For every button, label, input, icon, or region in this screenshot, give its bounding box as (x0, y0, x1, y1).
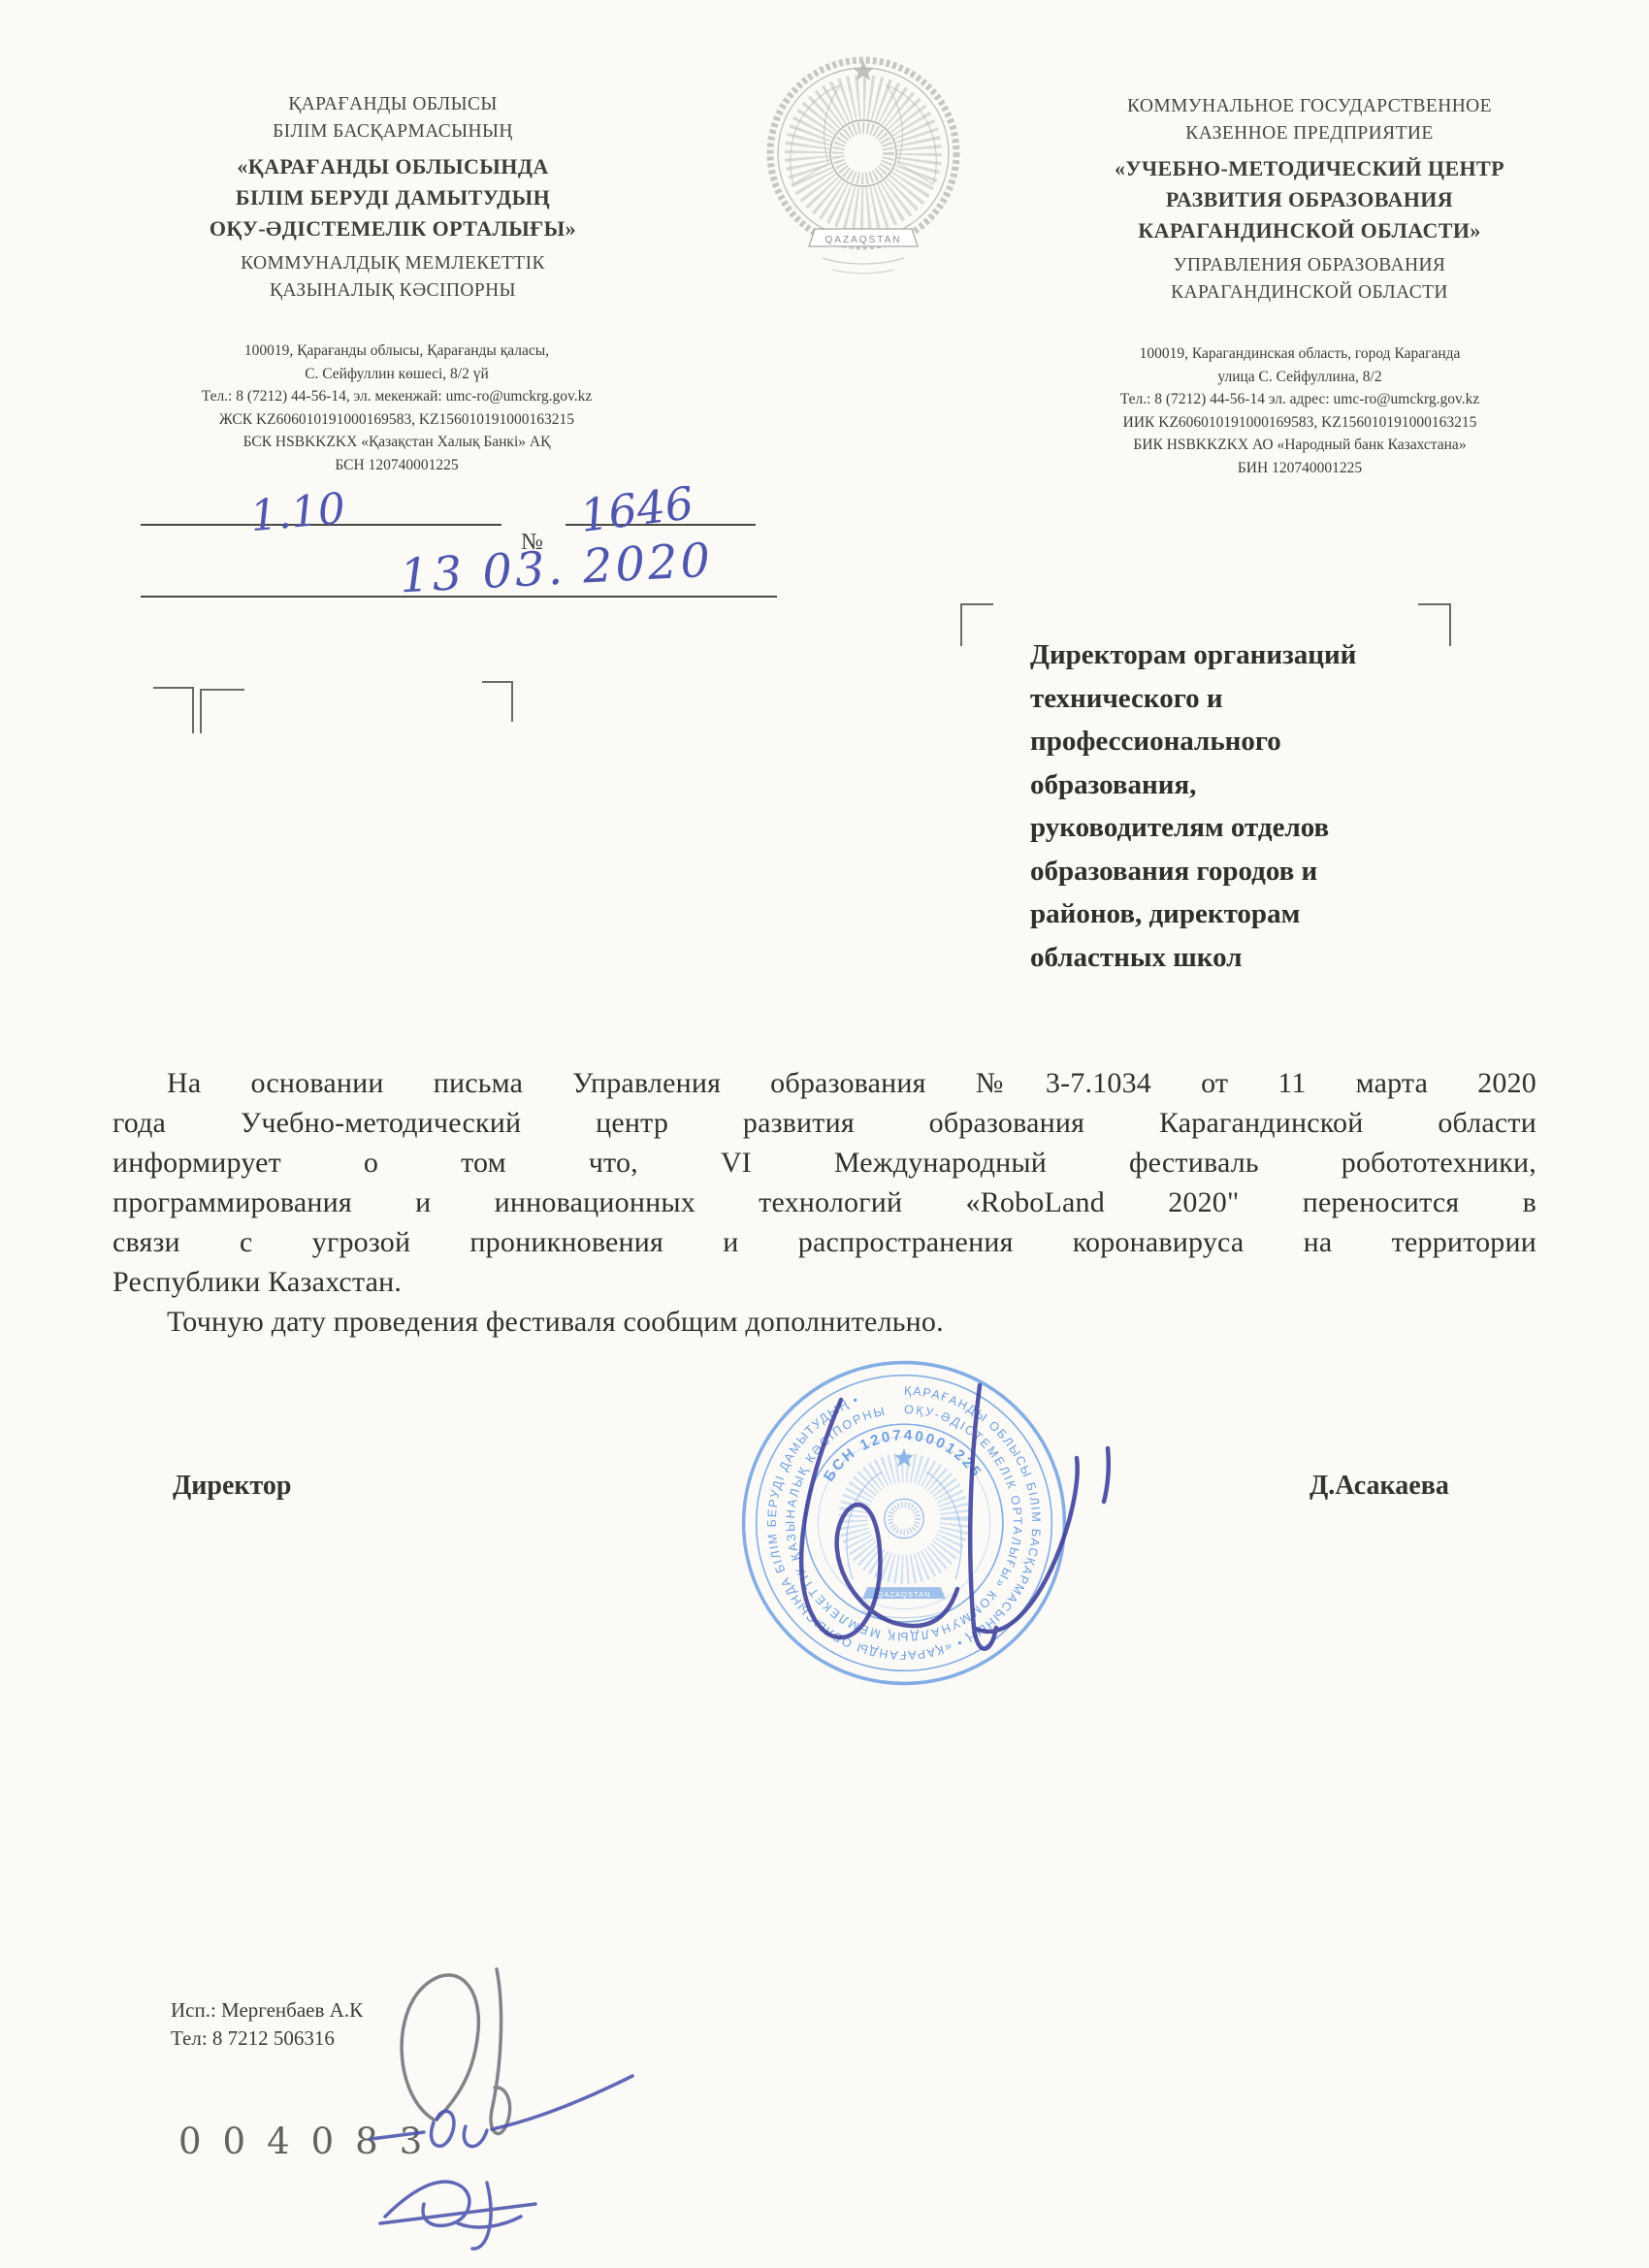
org-line: КАРАГАНДИНСКОЙ ОБЛАСТИ (999, 279, 1620, 307)
executor-name: Исп.: Мергенбаев А.К (171, 1996, 363, 2025)
recipient-line: профессионального (1030, 720, 1544, 763)
org-line: ҚАРАҒАНДЫ ОБЛЫСЫ (136, 91, 650, 118)
org-line: БІЛІМ БАСҚАРМАСЫНЫҢ (136, 118, 650, 146)
org-line: КАЗЕННОЕ ПРЕДПРИЯТИЕ (999, 120, 1620, 147)
contact-line: 100019, Карагандинская область, город Ка… (997, 342, 1602, 366)
recipient-block: Директорам организаций технического и пр… (1030, 633, 1544, 979)
recipient-line: районов, директорам (1030, 892, 1544, 936)
org-name-kazakh: ҚАРАҒАНДЫ ОБЛЫСЫ БІЛІМ БАСҚАРМАСЫНЫҢ «ҚА… (136, 91, 650, 305)
contact-block-russian: 100019, Карагандинская область, город Ка… (997, 342, 1602, 479)
contact-line: БСН 120740001225 (122, 454, 671, 477)
org-line: УПРАВЛЕНИЯ ОБРАЗОВАНИЯ (999, 252, 1620, 279)
recipient-line: образования, (1030, 763, 1544, 807)
org-line: РАЗВИТИЯ ОБРАЗОВАНИЯ (999, 184, 1620, 215)
contact-line: ЖСК KZ606010191000169583, KZ156010191000… (122, 408, 671, 432)
corner-mark (200, 689, 244, 733)
recipient-line: технического и (1030, 677, 1544, 721)
handwritten-date: 13 03. 2020 (399, 534, 715, 604)
signer-name: Д.Асакаева (1309, 1471, 1449, 1502)
org-line: КОММУНАЛЬНОЕ ГОСУДАРСТВЕННОЕ (999, 93, 1620, 120)
org-line: КАРАГАНДИНСКОЙ ОБЛАСТИ» (999, 215, 1620, 246)
contact-line: Тел.: 8 (7212) 44-56-14 эл. адрес: umc-r… (997, 388, 1602, 411)
contact-line: БСК HSBKKZKX «Қазақстан Халық Банкі» АҚ (122, 431, 671, 454)
handwritten-outgoing-number: 1646 (577, 476, 696, 542)
org-line: ОҚУ-ӘДІСТЕМЕЛІК ОРТАЛЫҒЫ» (136, 213, 650, 244)
org-line: «ҚАРАҒАНДЫ ОБЛЫСЫНДА (136, 151, 650, 182)
body-line: На основании письма Управления образован… (113, 1063, 1536, 1103)
body-line: связи с угрозой проникновения и распрост… (113, 1222, 1536, 1262)
handwritten-index: 1.10 (248, 484, 347, 541)
kazakhstan-state-emblem-icon: QAZAQSTAN (764, 39, 962, 295)
body-line: года Учебно-методический центр развития … (113, 1103, 1536, 1143)
contact-block-kazakh: 100019, Қарағанды облысы, Қарағанды қала… (122, 340, 671, 476)
recipient-line: руководителям отделов (1030, 806, 1544, 850)
recipient-zone-corner-mark (960, 603, 993, 646)
scanned-letter-page: ҚАРАҒАНДЫ ОБЛЫСЫ БІЛІМ БАСҚАРМАСЫНЫҢ «ҚА… (0, 0, 1649, 2268)
body-line: информирует о том что, VI Международный … (113, 1143, 1536, 1183)
letter-body: На основании письма Управления образован… (113, 1063, 1536, 1342)
executor-phone: Тел: 8 7212 506316 (171, 2025, 363, 2053)
body-line: Республики Казахстан. (113, 1262, 1536, 1302)
recipient-line: областных школ (1030, 936, 1544, 980)
contact-line: улица С. Сейфуллина, 8/2 (997, 366, 1602, 389)
contact-line: БИК HSBKKZKX АО «Народный банк Казахстан… (997, 434, 1602, 457)
contact-line: ИИК KZ606010191000169583, KZ156010191000… (997, 411, 1602, 435)
handwritten-visa-marks (341, 1940, 710, 2260)
org-line: БІЛІМ БЕРУДІ ДАМЫТУДЫҢ (136, 182, 650, 213)
recipient-line: образования городов и (1030, 850, 1544, 893)
signer-title: Директор (173, 1471, 292, 1502)
body-line: программирования и инновационных техноло… (113, 1183, 1536, 1222)
contact-line: 100019, Қарағанды облысы, Қарағанды қала… (122, 340, 671, 363)
recipient-line: Директорам организаций (1030, 633, 1544, 677)
director-signature-ink (749, 1346, 1156, 1715)
corner-mark (482, 681, 513, 722)
org-line: КОММУНАЛДЫҚ МЕМЛЕКЕТТІК (136, 250, 650, 277)
org-name-russian: КОММУНАЛЬНОЕ ГОСУДАРСТВЕННОЕ КАЗЕННОЕ ПР… (999, 93, 1620, 307)
contact-line: Тел.: 8 (7212) 44-56-14, эл. мекенжай: u… (122, 385, 671, 408)
contact-line: С. Сейфуллин көшесі, 8/2 үй (122, 363, 671, 386)
contact-line: БИН 120740001225 (997, 457, 1602, 480)
org-line: ҚАЗЫНАЛЫҚ КӘСІПОРНЫ (136, 277, 650, 305)
org-line: «УЧЕБНО-МЕТОДИЧЕСКИЙ ЦЕНТР (999, 153, 1620, 184)
body-paragraph-2: Точную дату проведения фестиваля сообщим… (113, 1302, 1536, 1342)
corner-mark (153, 687, 194, 733)
executor-block: Исп.: Мергенбаев А.К Тел: 8 7212 506316 (171, 1996, 363, 2053)
emblem-banner-label: QAZAQSTAN (825, 235, 902, 245)
